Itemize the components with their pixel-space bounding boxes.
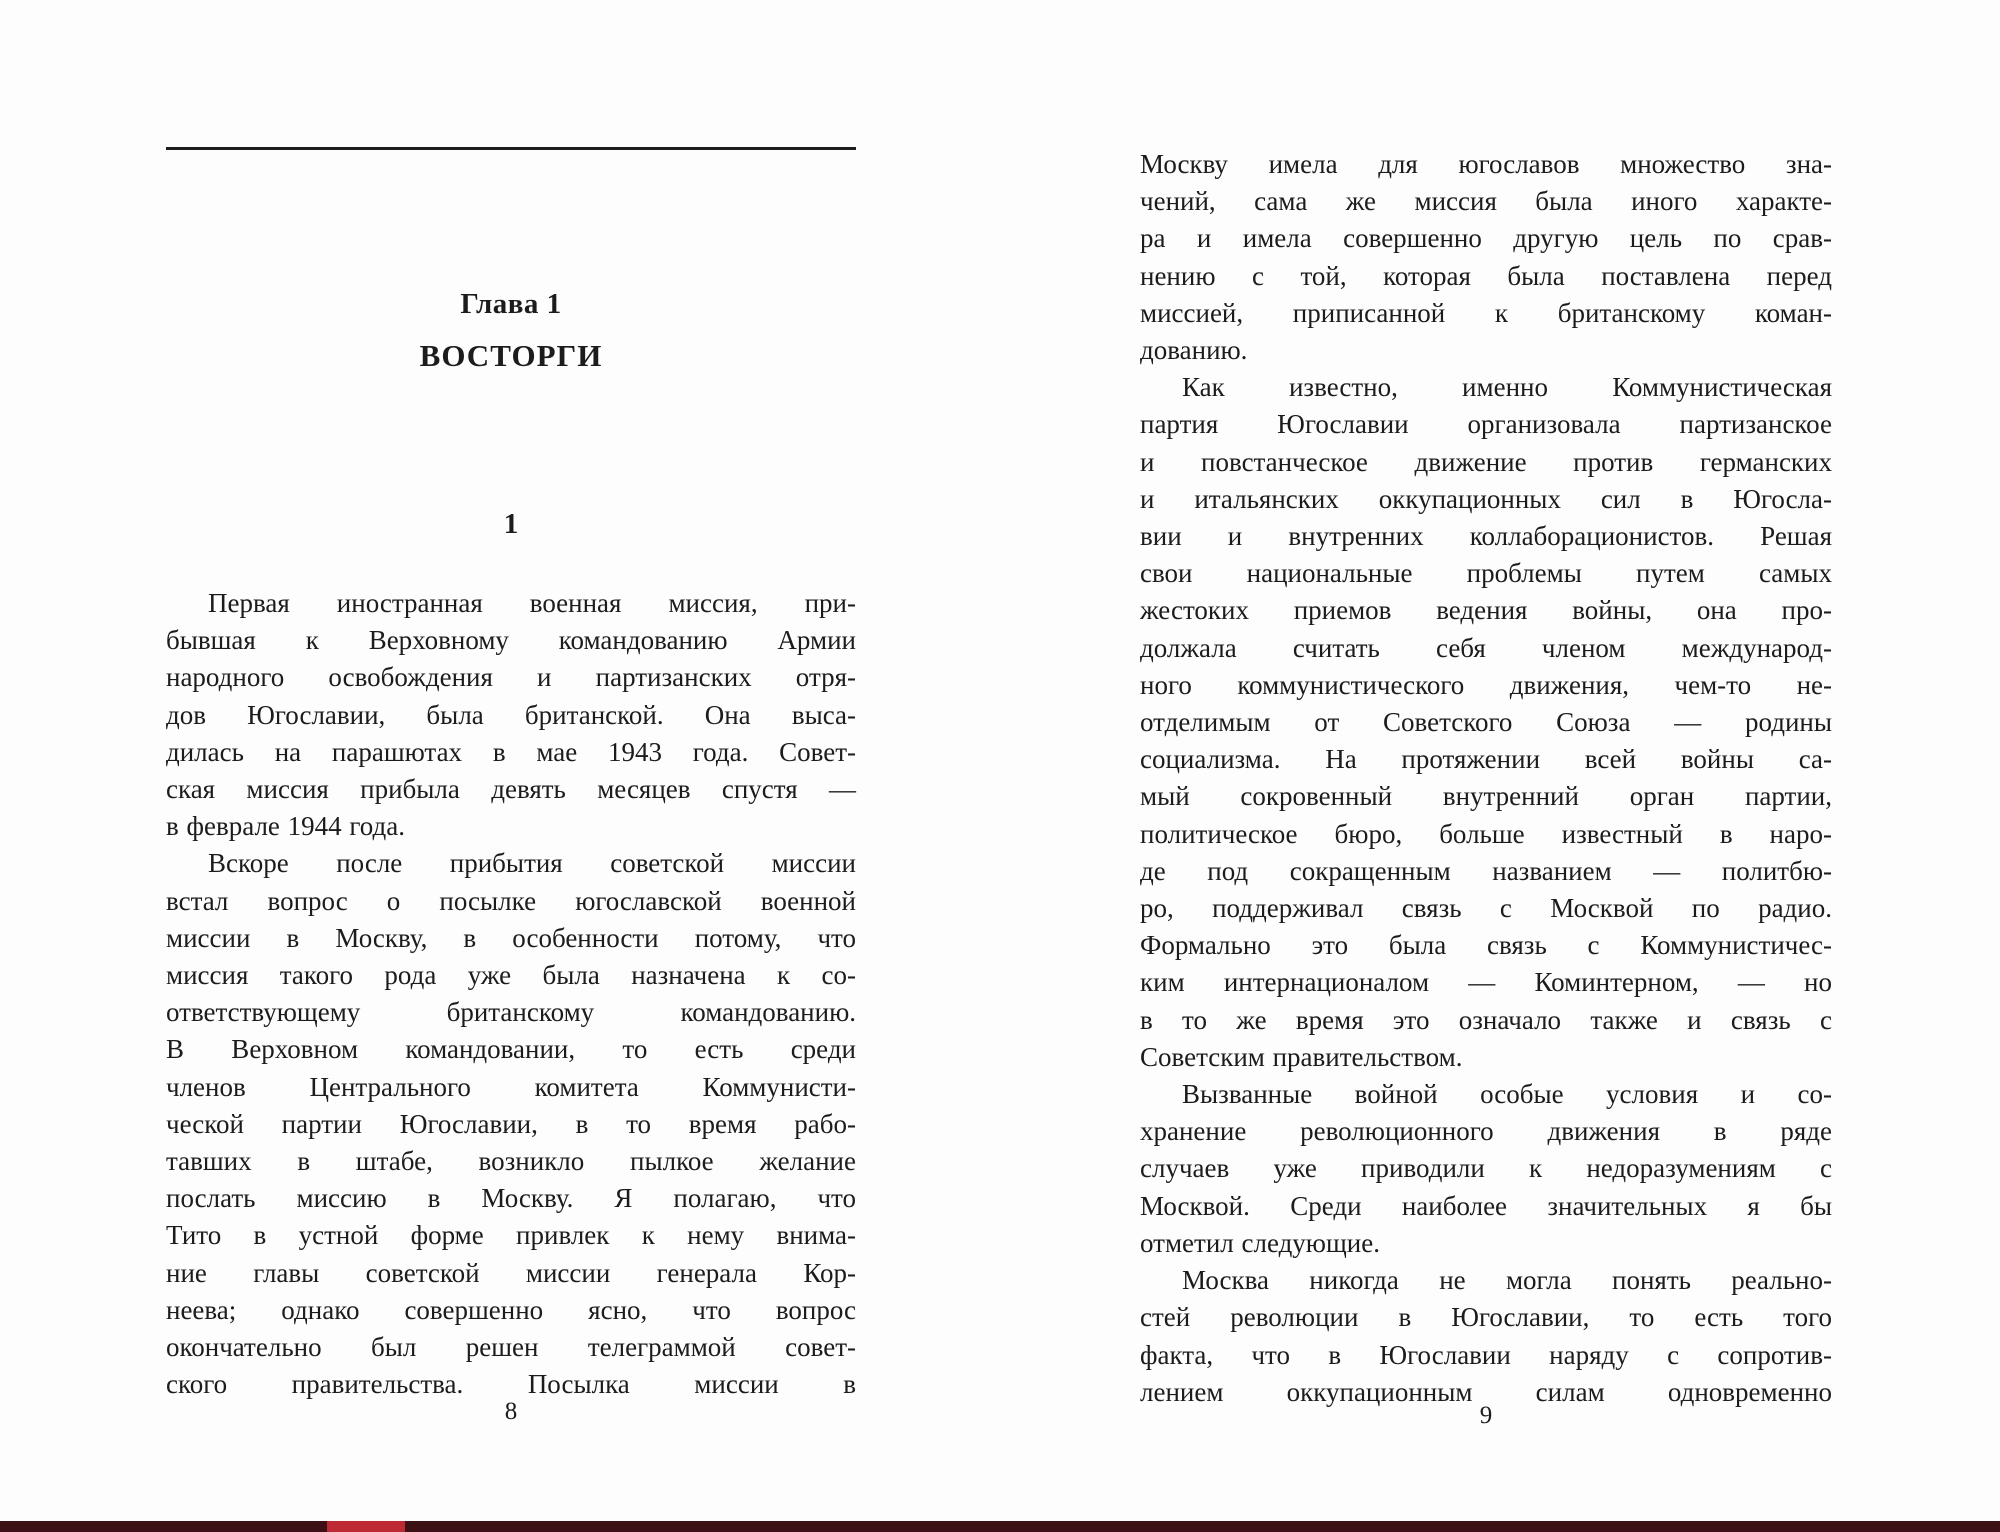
text-line: Москва никогда не могла понять реально-	[1140, 1262, 1832, 1299]
text-line: факта, что в Югославии наряду с сопротив…	[1140, 1337, 1832, 1374]
text-line: ответствующему британскому командованию.	[166, 994, 856, 1031]
text-line: и итальянских оккупационных сил в Югосла…	[1140, 481, 1832, 518]
text-line: в то же время это означало также и связь…	[1140, 1002, 1832, 1039]
text-line: Советским правительством.	[1140, 1039, 1832, 1076]
text-line: послать миссию в Москву. Я полагаю, что	[166, 1180, 856, 1217]
text-line: ние главы советской миссии генерала Кор-	[166, 1255, 856, 1292]
right-page-number: 9	[1140, 1402, 1832, 1430]
text-line: ким интернационалом — Коминтерном, — но	[1140, 964, 1832, 1001]
text-line: неева; однако совершенно ясно, что вопро…	[166, 1292, 856, 1329]
text-line: политическое бюро, больше известный в на…	[1140, 816, 1832, 853]
text-line: ра и имела совершенно другую цель по сра…	[1140, 220, 1832, 257]
chapter-label: Глава 1	[166, 288, 856, 321]
text-line: ного коммунистического движения, чем-то …	[1140, 667, 1832, 704]
text-line: дов Югославии, была британской. Она выса…	[166, 697, 856, 734]
text-line: партия Югославии организовала партизанск…	[1140, 406, 1832, 443]
right-page-body-text: Москву имела для югославов множество зна…	[1140, 146, 1832, 1411]
text-line: Как известно, именно Коммунистическая	[1140, 369, 1832, 406]
right-page: Москву имела для югославов множество зна…	[1140, 0, 1832, 1532]
text-line: миссией, приписанной к британскому коман…	[1140, 295, 1832, 332]
text-line: хранение революционного движения в ряде	[1140, 1113, 1832, 1150]
text-line: и повстанческое движение против германск…	[1140, 444, 1832, 481]
text-line: Москву имела для югославов множество зна…	[1140, 146, 1832, 183]
text-line: Вскоре после прибытия советской миссии	[166, 845, 856, 882]
left-page-number: 8	[166, 1398, 856, 1426]
text-line: миссии в Москву, в особенности потому, ч…	[166, 920, 856, 957]
footer-bar	[0, 1521, 2000, 1532]
text-line: чений, сама же миссия была иного характе…	[1140, 183, 1832, 220]
text-line: ская миссия прибыла девять месяцев спуст…	[166, 771, 856, 808]
text-line: Тито в устной форме привлек к нему внима…	[166, 1217, 856, 1254]
text-line: Москвой. Среди наиболее значительных я б…	[1140, 1188, 1832, 1225]
text-line: де под сокращенным названием — политбю-	[1140, 853, 1832, 890]
text-line: отделимым от Советского Союза — родины	[1140, 704, 1832, 741]
text-line: членов Центрального комитета Коммунисти-	[166, 1069, 856, 1106]
text-line: дованию.	[1140, 332, 1832, 369]
chapter-title: ВОСТОРГИ	[166, 338, 856, 374]
chapter-rule	[166, 147, 856, 150]
text-line: нению с той, которая была поставлена пер…	[1140, 258, 1832, 295]
footer-accent-segment	[327, 1521, 405, 1532]
text-line: миссия такого рода уже была назначена к …	[166, 957, 856, 994]
text-line: свои национальные проблемы путем самых	[1140, 555, 1832, 592]
section-number: 1	[166, 508, 856, 541]
text-line: стей революции в Югославии, то есть того	[1140, 1299, 1832, 1336]
text-line: в феврале 1944 года.	[166, 808, 856, 845]
text-line: встал вопрос о посылке югославской военн…	[166, 883, 856, 920]
text-line: окончательно был решен телеграммой совет…	[166, 1329, 856, 1366]
text-line: вии и внутренних коллаборационистов. Реш…	[1140, 518, 1832, 555]
text-line: ческой партии Югославии, в то время рабо…	[166, 1106, 856, 1143]
text-line: народного освобождения и партизанских от…	[166, 659, 856, 696]
text-line: тавших в штабе, возникло пылкое желание	[166, 1143, 856, 1180]
text-line: социализма. На протяжении всей войны са-	[1140, 741, 1832, 778]
text-line: должала считать себя членом международ-	[1140, 630, 1832, 667]
text-line: мый сокровенный внутренний орган партии,	[1140, 778, 1832, 815]
text-line: Первая иностранная военная миссия, при-	[166, 585, 856, 622]
book-spread: Глава 1 ВОСТОРГИ 1 Первая иностранная во…	[0, 0, 2000, 1532]
text-line: отметил следующие.	[1140, 1225, 1832, 1262]
left-page: Глава 1 ВОСТОРГИ 1 Первая иностранная во…	[166, 0, 856, 1532]
text-line: бывшая к Верховному командованию Армии	[166, 622, 856, 659]
text-line: дилась на парашютах в мае 1943 года. Сов…	[166, 734, 856, 771]
text-line: Формально это была связь с Коммунистичес…	[1140, 927, 1832, 964]
text-line: Вызванные войной особые условия и со-	[1140, 1076, 1832, 1113]
text-line: ро, поддерживал связь с Москвой по радио…	[1140, 890, 1832, 927]
text-line: жестоких приемов ведения войны, она про-	[1140, 592, 1832, 629]
left-page-body-text: Первая иностранная военная миссия, при-б…	[166, 585, 856, 1403]
text-line: В Верховном командовании, то есть среди	[166, 1031, 856, 1068]
text-line: случаев уже приводили к недоразумениям с	[1140, 1150, 1832, 1187]
